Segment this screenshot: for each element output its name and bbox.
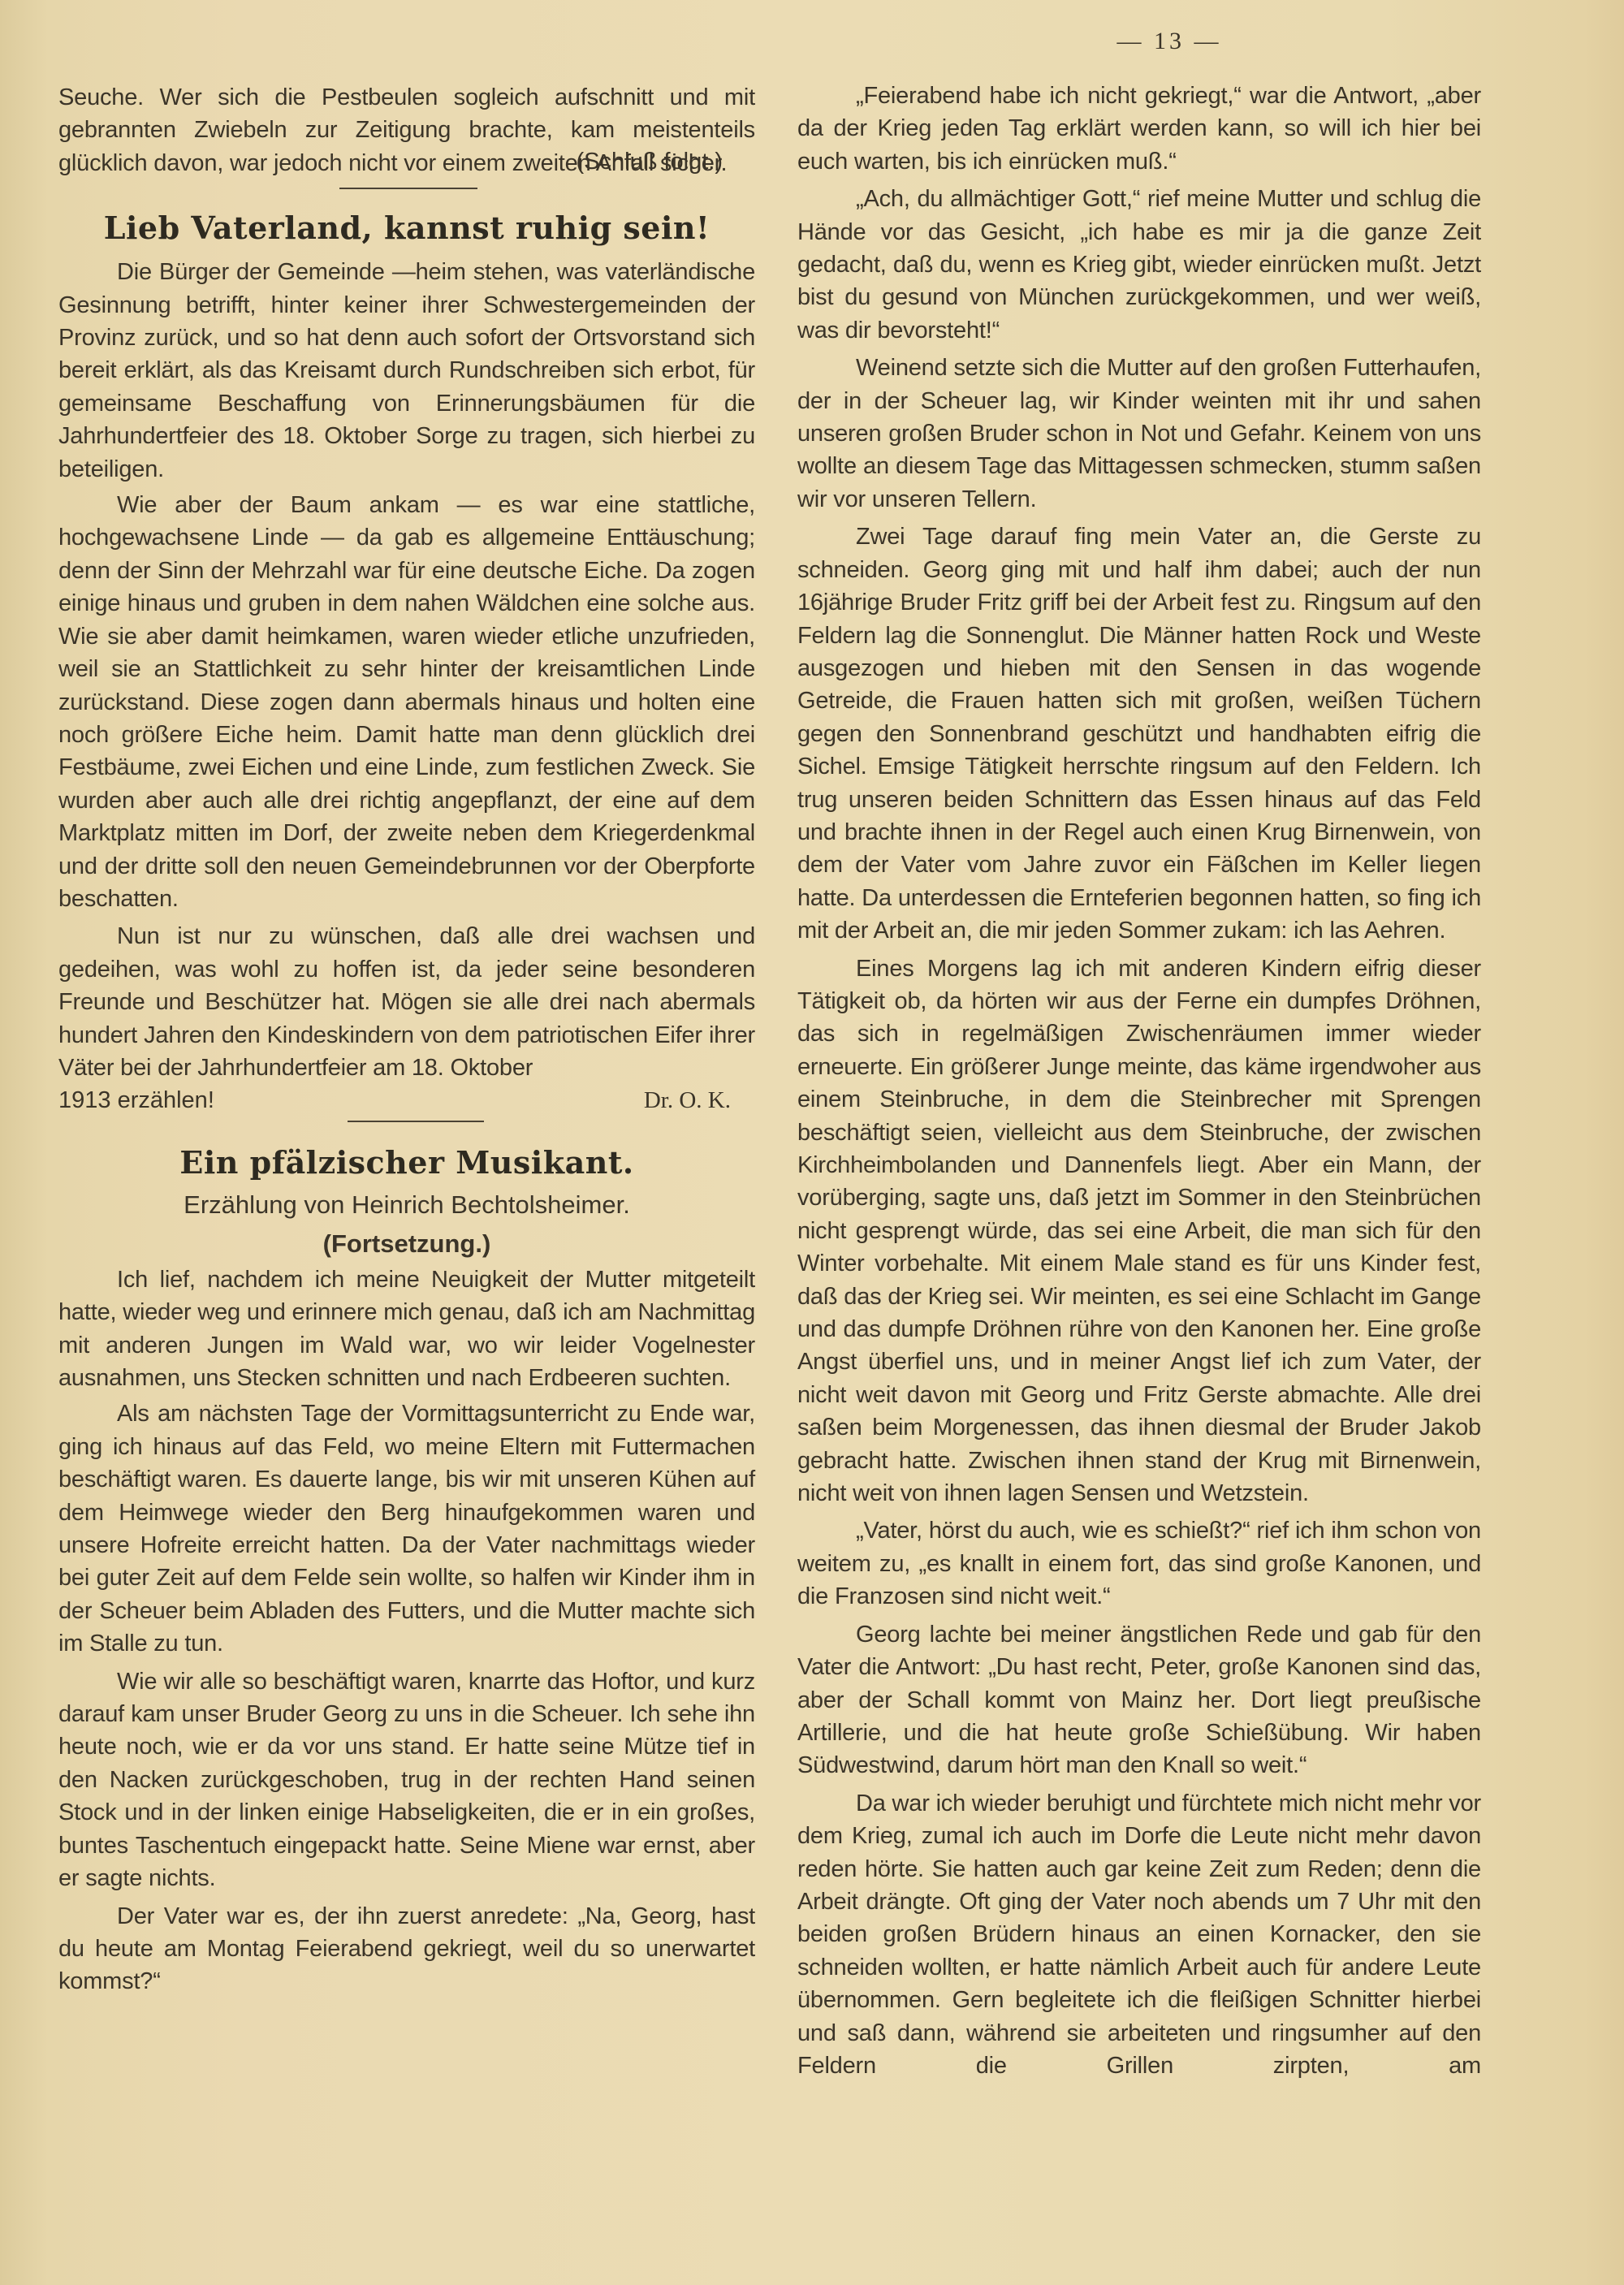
story-paragraph: „Ach, du allmächtiger Gott,“ rief meine … bbox=[797, 183, 1481, 347]
previous-article-ending: Seuche. Wer sich die Pestbeulen sogleich… bbox=[58, 81, 755, 189]
article-paragraph: Wie wir alle so beschäftigt waren, knarr… bbox=[58, 1665, 755, 1895]
article-paragraph: Als am nächsten Tage der Vormittagsunter… bbox=[58, 1397, 755, 1660]
article-title: Lieb Vaterland, kannst ruhig sein! bbox=[58, 204, 755, 253]
right-column: „Feierabend habe ich nicht gekriegt,“ wa… bbox=[797, 80, 1481, 2087]
page-number-text: — 13 — bbox=[403, 28, 1222, 55]
story-paragraph: Da war ich wieder beruhigt und fürchtete… bbox=[797, 1787, 1481, 2083]
article-lieb-vaterland: Lieb Vaterland, kannst ruhig sein! Die B… bbox=[58, 204, 755, 1122]
section-divider bbox=[339, 188, 477, 189]
to-be-concluded-note: (Schluß folgt.) bbox=[577, 145, 723, 178]
article-paragraph: Ich lief, nachdem ich meine Neuigkeit de… bbox=[58, 1263, 755, 1395]
article-title: Ein pfälzischer Musikant. bbox=[58, 1138, 755, 1187]
article-paragraph: Die Bürger der Gemeinde —heim stehen, wa… bbox=[58, 256, 755, 486]
story-paragraph: „Feierabend habe ich nicht gekriegt,“ wa… bbox=[797, 80, 1481, 178]
story-paragraph: Eines Morgens lag ich mit anderen Kinder… bbox=[797, 952, 1481, 1510]
story-paragraph: „Vater, hörst du auch, wie es schießt?“ … bbox=[797, 1514, 1481, 1613]
article-paragraph: Der Vater war es, der ihn zuerst anredet… bbox=[58, 1900, 755, 1998]
article-signoff: 1913 erzählen! Dr. O. K. bbox=[58, 1084, 755, 1117]
article-paragraph: Nun ist nur zu wünschen, daß alle drei w… bbox=[58, 920, 755, 1084]
left-column: Seuche. Wer sich die Pestbeulen sogleich… bbox=[58, 81, 755, 1998]
story-paragraph: Georg lachte bei meiner ängstlichen Rede… bbox=[797, 1618, 1481, 1782]
continuation-label: (Fortsetzung.) bbox=[58, 1226, 755, 1262]
story-paragraph: Weinend setzte sich die Mutter auf den g… bbox=[797, 352, 1481, 516]
story-paragraph: Zwei Tage darauf fing mein Vater an, die… bbox=[797, 520, 1481, 947]
section-divider bbox=[348, 1121, 484, 1122]
article-subtitle: Erzählung von Heinrich Bechtolsheimer. bbox=[58, 1187, 755, 1223]
author-signature: Dr. O. K. bbox=[644, 1084, 731, 1117]
closing-line: 1913 erzählen! bbox=[58, 1084, 214, 1117]
article-pfaelzischer-musikant: Ein pfälzischer Musikant. Erzählung von … bbox=[58, 1138, 755, 1998]
article-paragraph: Wie aber der Baum ankam — es war eine st… bbox=[58, 489, 755, 915]
page-number: — 13 — bbox=[0, 28, 1624, 55]
